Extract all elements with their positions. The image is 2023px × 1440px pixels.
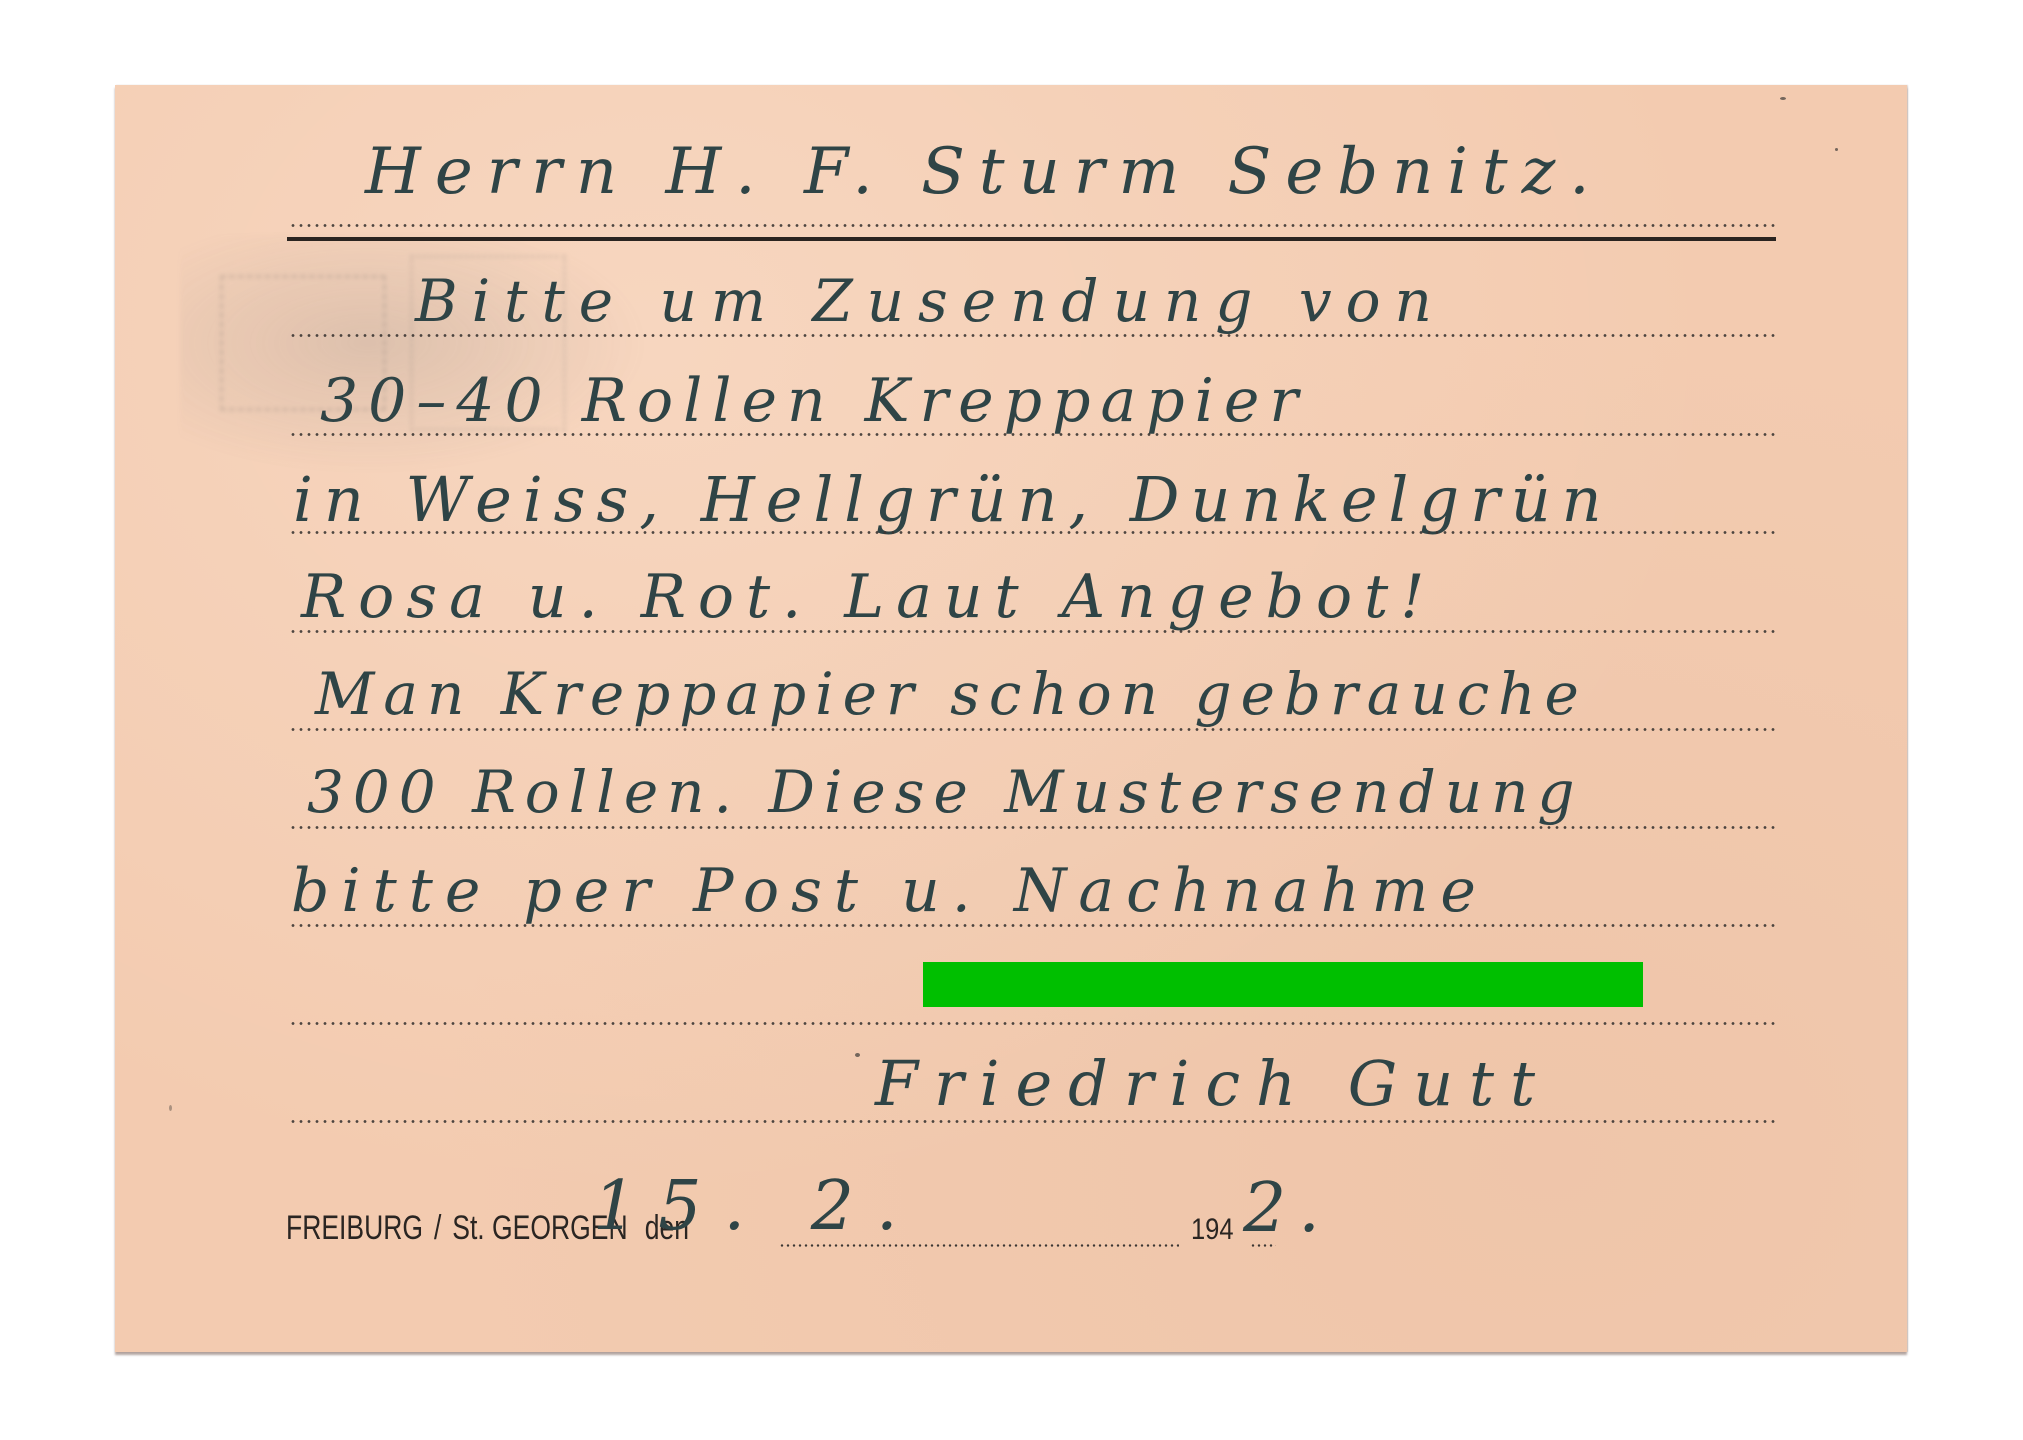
signature: Friedrich Gutt — [875, 1053, 1551, 1115]
dotted-line-7 — [289, 826, 1776, 829]
message-line-1: Bitte um Zusendung von — [415, 272, 1446, 330]
message-line-5: Man Kreppapier schon gebrauche — [315, 665, 1588, 723]
message-line-6: 300 Rollen. Diese Mustersendung — [307, 763, 1584, 821]
postcard: Herrn H. F. Sturm Sebnitz. Bitte um Zuse… — [115, 85, 1907, 1352]
handwritten-year-digit: 2. — [1243, 1175, 1332, 1243]
dotted-line-2 — [289, 334, 1776, 337]
dotted-line-3 — [289, 433, 1776, 436]
handwritten-date: 15. 2. — [593, 1173, 920, 1241]
message-line-2: 30–40 Rollen Kreppapier — [320, 371, 1308, 431]
message-line-7: bitte per Post u. Nachnahme — [291, 861, 1488, 921]
dotted-line-4 — [289, 531, 1776, 534]
address-dotted-line — [289, 224, 1776, 227]
dotted-line-10 — [289, 1120, 1776, 1123]
paper-speck — [1835, 148, 1838, 151]
dotted-line-6 — [289, 728, 1776, 731]
paper-speck — [169, 1105, 172, 1111]
dotted-line-8 — [289, 924, 1776, 927]
message-line-3: in Weiss, Hellgrün, Dunkelgrün — [293, 469, 1613, 531]
message-line-4: Rosa u. Rot. Laut Angebot! — [301, 567, 1436, 627]
address-separator-line — [287, 237, 1776, 241]
place-separator: / — [434, 1209, 441, 1247]
place-name: FREIBURG — [286, 1209, 423, 1247]
paper-speck — [1780, 97, 1786, 100]
dotted-line-9 — [289, 1022, 1776, 1025]
redaction-bar — [923, 962, 1643, 1007]
ink-mark — [855, 1053, 860, 1057]
address-line: Herrn H. F. Sturm Sebnitz. — [365, 140, 1604, 204]
printed-year-prefix: 194 — [1191, 1213, 1234, 1247]
dotted-line-5 — [289, 630, 1776, 633]
